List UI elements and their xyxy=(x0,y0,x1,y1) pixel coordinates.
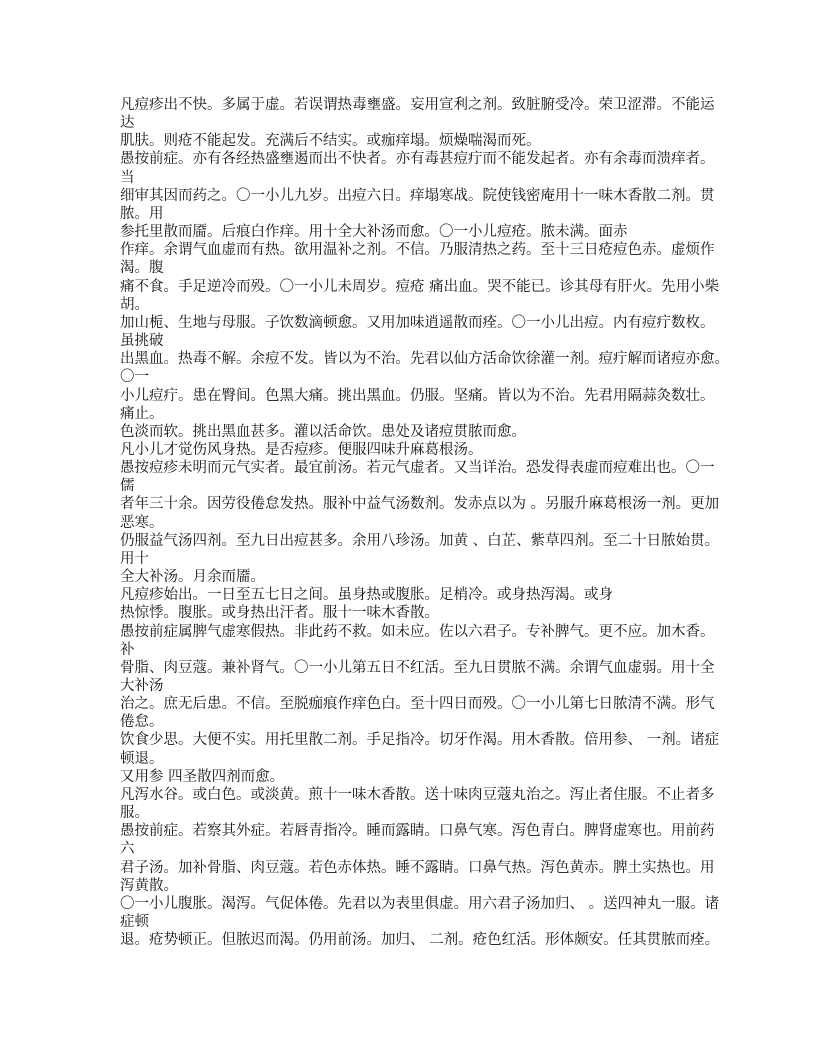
text-line: 倦怠。 xyxy=(120,713,700,731)
text-line: 痛不食。手足逆冷而殁。〇一小儿未周岁。痘疮 痛出血。哭不能已。诊其母有肝火。先用… xyxy=(120,278,700,296)
text-line: 加山栀、生地与母服。子饮数滴顿愈。又用加味逍遥散而痊。〇一小儿出痘。内有痘疔数枚… xyxy=(120,314,700,332)
text-line: 凡痘疹出不快。多属于虚。若误谓热毒壅盛。妄用宣利之剂。致脏腑受冷。荣卫涩滞。不能… xyxy=(120,96,700,114)
text-line: 仍服益气汤四剂。至九日出痘甚多。余用八珍汤。加黄 、白芷、紫草四剂。至二十日脓始… xyxy=(120,532,700,550)
text-line: 症顿 xyxy=(120,913,700,931)
text-line: 凡痘疹始出。一日至五七日之间。虽身热或腹胀。足梢冷。或身热泻渴。或身 xyxy=(120,586,700,604)
text-line: 达 xyxy=(120,114,700,132)
text-line: 胡。 xyxy=(120,296,700,314)
text-line: 当 xyxy=(120,169,700,187)
text-line: 退。疮势顿正。但脓迟而渴。仍用前汤。加归、 二剂。疮色红活。形体颇安。任其贯脓而… xyxy=(120,931,700,949)
text-line: 泻黄散。 xyxy=(120,877,700,895)
text-line: 愚按前症属脾气虚寒假热。非此药不救。如未应。佐以六君子。专补脾气。更不应。加木香… xyxy=(120,623,700,641)
text-line: 用十 xyxy=(120,550,700,568)
text-line: 恶寒。 xyxy=(120,514,700,532)
text-line: 顿退。 xyxy=(120,750,700,768)
text-line: 渴。腹 xyxy=(120,259,700,277)
text-line: 服。 xyxy=(120,804,700,822)
text-line: 痛止。 xyxy=(120,405,700,423)
text-line: 又用参 四圣散四剂而愈。 xyxy=(120,768,700,786)
text-line: 出黑血。热毒不解。余痘不发。皆以为不治。先君以仙方活命饮徐灌一剂。痘疔解而诸痘亦… xyxy=(120,350,700,368)
text-line: 细审其因而药之。〇一小儿九岁。出痘六日。痒塌寒战。院使钱密庵用十一味木香散二剂。… xyxy=(120,187,700,205)
text-line: 凡泻水谷。或白色。或淡黄。煎十一味木香散。送十味肉豆蔻丸治之。泻止者住服。不止者… xyxy=(120,786,700,804)
text-line: 全大补汤。月余而靥。 xyxy=(120,568,700,586)
text-line: 者年三十余。因劳役倦怠发热。服补中益气汤数剂。发赤点以为 。另服升麻葛根汤一剂。… xyxy=(120,495,700,513)
text-line: 补 xyxy=(120,641,700,659)
text-line: 色淡而软。挑出黑血甚多。灌以活命饮。患处及诸痘贯脓而愈。 xyxy=(120,423,700,441)
text-line: 脓。用 xyxy=(120,205,700,223)
text-line: 肌肤。则疮不能起发。充满后不结实。或痂痒塌。烦燥喘渴而死。 xyxy=(120,132,700,150)
text-line: 愚按前症。若察其外症。若唇青指冷。睡而露睛。口鼻气寒。泻色青白。脾肾虚寒也。用前… xyxy=(120,822,700,840)
text-line: 〇一小儿腹胀。渴泻。气促体倦。先君以为表里俱虚。用六君子汤加归、 。送四神丸一服… xyxy=(120,895,700,913)
text-line: 热惊悸。腹胀。或身热出汗者。服十一味木香散。 xyxy=(120,604,700,622)
text-line: 六 xyxy=(120,840,700,858)
text-line: 参托里散而靥。后痕白作痒。用十全大补汤而愈。〇一小儿痘疮。脓未满。面赤 xyxy=(120,223,700,241)
text-line: 〇一 xyxy=(120,368,700,386)
text-line: 愚按前症。亦有各经热盛壅遏而出不快者。亦有毒甚痘疔而不能发起者。亦有余毒而溃痒者… xyxy=(120,150,700,168)
text-line: 愚按痘疹未明而元气实者。最宜前汤。若元气虚者。又当详治。恐发得表虚而痘难出也。〇… xyxy=(120,459,700,477)
text-line: 作痒。余谓气血虚而有热。欲用温补之剂。不信。乃服清热之药。至十三日疮痘色赤。虚烦… xyxy=(120,241,700,259)
text-line: 儒 xyxy=(120,477,700,495)
text-line: 骨脂、肉豆蔻。兼补肾气。〇一小儿第五日不红活。至九日贯脓不满。余谓气血虚弱。用十… xyxy=(120,659,700,677)
text-line: 饮食少思。大便不实。用托里散二剂。手足指冷。切牙作渴。用木香散。倍用参、 一剂。… xyxy=(120,731,700,749)
document-page: 凡痘疹出不快。多属于虚。若误谓热毒壅盛。妄用宣利之剂。致脏腑受冷。荣卫涩滞。不能… xyxy=(120,96,700,949)
text-line: 君子汤。加补骨脂、肉豆蔻。若色赤体热。睡不露睛。口鼻气热。泻色黄赤。脾土实热也。… xyxy=(120,859,700,877)
text-line: 凡小儿才觉伤风身热。是否痘疹。便服四味升麻葛根汤。 xyxy=(120,441,700,459)
text-line: 治之。庶无后患。不信。至脱痂痕作痒色白。至十四日而殁。〇一小儿第七日脓清不满。形… xyxy=(120,695,700,713)
text-line: 虽挑破 xyxy=(120,332,700,350)
text-line: 小儿痘疔。患在臀间。色黑大痛。挑出黑血。仍服。坚痛。皆以为不治。先君用隔蒜灸数壮… xyxy=(120,387,700,405)
text-line: 大补汤 xyxy=(120,677,700,695)
